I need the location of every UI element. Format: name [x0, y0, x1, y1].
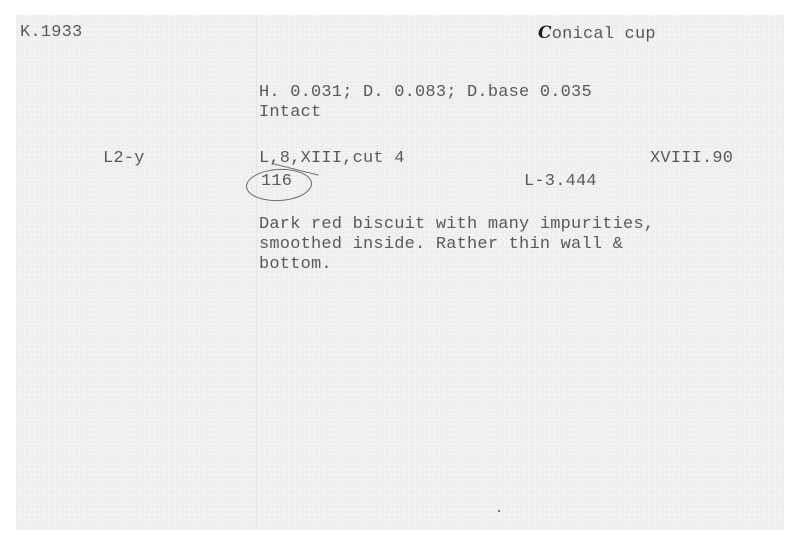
location-code: L2-y — [103, 149, 145, 169]
reference-number: XVIII.90 — [650, 149, 733, 169]
condition: Intact — [259, 103, 321, 123]
circled-number: 116 — [261, 172, 292, 192]
catalog-number: K.1933 — [20, 23, 82, 43]
object-name: Conical cup — [538, 23, 656, 45]
description-line: smoothed inside. Rather thin wall & — [259, 235, 623, 255]
ink-speck — [498, 510, 500, 512]
card-fold-line — [256, 15, 257, 530]
description-line: Dark red biscuit with many impurities, — [259, 215, 654, 235]
inventory-number: L-3.444 — [524, 172, 597, 192]
object-name-text: onical cup — [552, 25, 656, 44]
handwritten-initial: C — [538, 23, 552, 43]
index-card: K.1933 Conical cup H. 0.031; D. 0.083; D… — [16, 15, 784, 530]
dimensions: H. 0.031; D. 0.083; D.base 0.035 — [259, 83, 592, 103]
description-line: bottom. — [259, 255, 332, 275]
